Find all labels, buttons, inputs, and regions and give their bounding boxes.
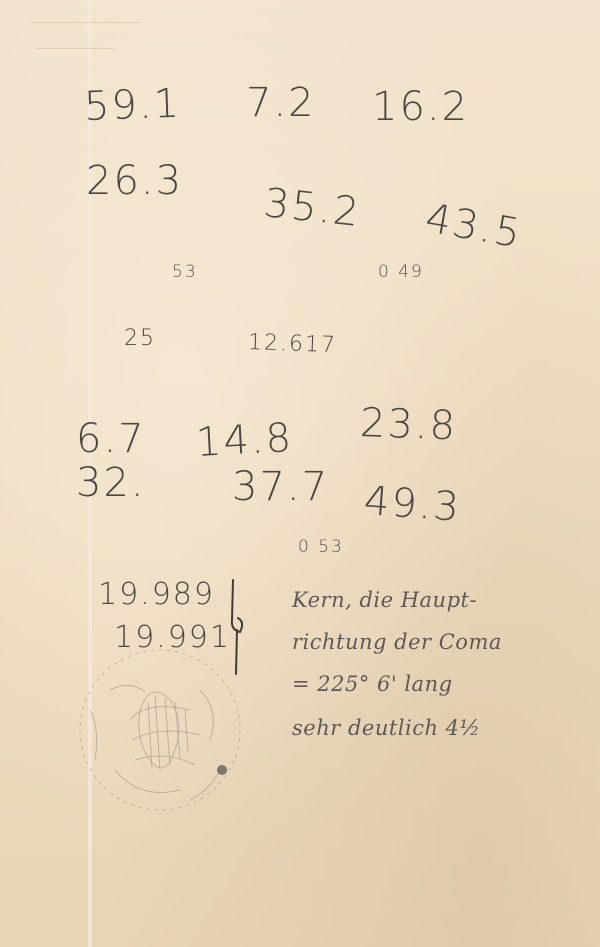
note-line-3: = 225° 6' lang — [292, 672, 453, 696]
value-row6-col1: 32. — [76, 460, 146, 506]
faint-rule — [30, 22, 140, 23]
small-value-25: 25 — [124, 326, 156, 351]
value-row2-col2: 35.2 — [262, 180, 363, 236]
small-value-53: 53 — [172, 262, 198, 282]
faint-rule — [35, 48, 115, 49]
value-row2-col1: 26.3 — [86, 158, 183, 204]
value-row2-col3: 43.5 — [422, 195, 526, 257]
bracketed-value-1: 19.989 — [98, 577, 215, 612]
small-value-0-49: 0 49 — [378, 262, 424, 282]
value-row6-col3: 49.3 — [362, 478, 462, 531]
comet-sketch-icon — [70, 640, 250, 820]
sketch-nucleus-dot — [217, 765, 227, 775]
note-line-4: sehr deutlich 4½ — [292, 716, 480, 740]
value-row1-col1: 59.1 — [83, 81, 182, 130]
notebook-page: 59.1 7.2 16.2 26.3 35.2 43.5 53 0 49 25 … — [0, 0, 600, 947]
small-value-0-53: 0 53 — [298, 537, 344, 557]
value-row5-col1: 6.7 — [76, 416, 146, 462]
value-row1-col2: 7.2 — [246, 80, 316, 126]
value-row1-col3: 16.2 — [372, 84, 469, 130]
note-line-2: richtung der Coma — [292, 630, 502, 654]
value-row5-col2: 14.8 — [195, 415, 294, 466]
note-line-1: Kern, die Haupt- — [292, 588, 477, 612]
value-row6-col2: 37.7 — [232, 464, 329, 510]
small-value-12-617: 12.617 — [248, 330, 338, 358]
value-row5-col3: 23.8 — [359, 400, 458, 449]
